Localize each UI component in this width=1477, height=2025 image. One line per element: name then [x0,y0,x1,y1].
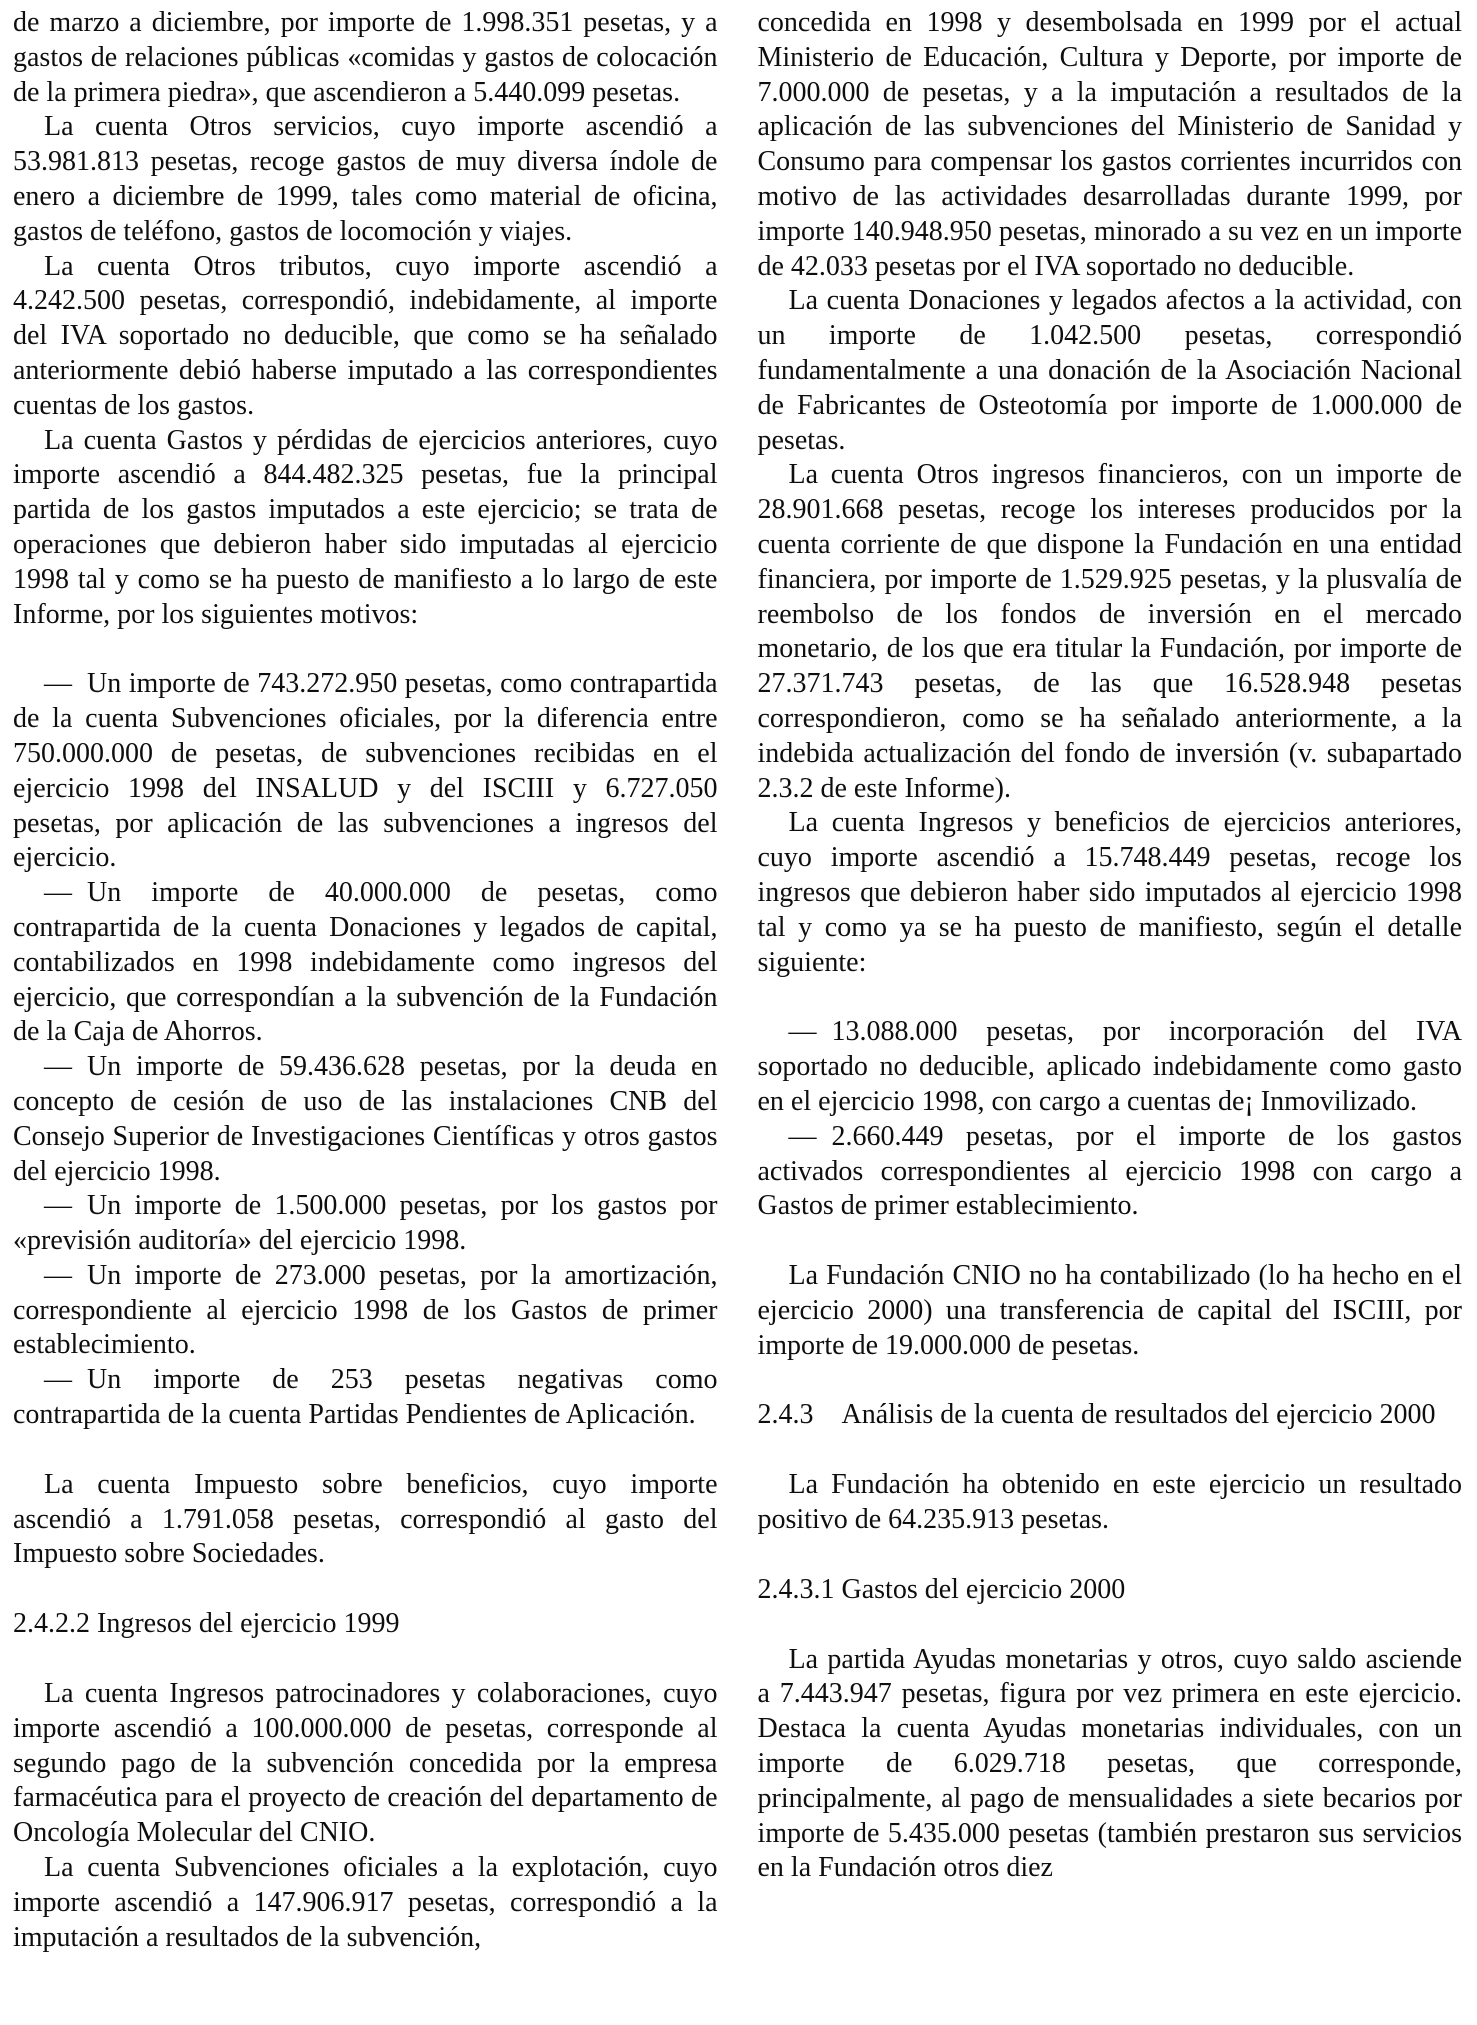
list-item-text: Un importe de 743.272.950 pesetas, como … [13,668,718,873]
right-column: concedida en 1998 y desembolsada en 1999… [758,6,1463,2025]
section-heading: 2.4.2.2 Ingresos del ejercicio 1999 [13,1607,718,1642]
list-item-text: 2.660.449 pesetas, por el importe de los… [758,1121,1463,1222]
list-item: —Un importe de 40.000.000 de pesetas, co… [13,876,718,1050]
dash-marker: — [789,1016,817,1047]
dash-marker: — [44,1190,72,1221]
document-page: de marzo a diciembre, por importe de 1.9… [0,0,1477,2025]
section-number: 2.4.3.1 [758,1573,842,1608]
dash-marker: — [44,1364,72,1395]
section-heading: 2.4.3 Análisis de la cuenta de resultado… [758,1398,1463,1433]
list-item: —Un importe de 59.436.628 pesetas, por l… [13,1050,718,1189]
dash-marker: — [44,1051,72,1082]
paragraph: La cuenta Subvenciones oficiales a la ex… [13,1851,718,1955]
paragraph: La cuenta Otros ingresos financieros, co… [758,458,1463,806]
paragraph: La Fundación CNIO no ha contabilizado (l… [758,1259,1463,1363]
list-item: —13.088.000 pesetas, por incorporación d… [758,1015,1463,1119]
list-item-text: Un importe de 40.000.000 de pesetas, com… [13,877,718,1047]
paragraph: concedida en 1998 y desembolsada en 1999… [758,6,1463,284]
list-item-text: Un importe de 59.436.628 pesetas, por la… [13,1051,718,1186]
dash-marker: — [44,1260,72,1291]
paragraph: de marzo a diciembre, por importe de 1.9… [13,6,718,110]
list-item-text: 13.088.000 pesetas, por incorporación de… [758,1016,1463,1117]
paragraph: La Fundación ha obtenido en este ejercic… [758,1468,1463,1538]
list-item-text: Un importe de 1.500.000 pesetas, por los… [13,1190,718,1256]
list-item-text: Un importe de 273.000 pesetas, por la am… [13,1260,718,1361]
dash-marker: — [789,1121,817,1152]
list-item: —Un importe de 743.272.950 pesetas, como… [13,667,718,876]
section-heading: 2.4.3.1 Gastos del ejercicio 2000 [758,1573,1463,1608]
list-item: —2.660.449 pesetas, por el importe de lo… [758,1120,1463,1224]
paragraph: La cuenta Ingresos patrocinadores y cola… [13,1677,718,1851]
list-item: —Un importe de 273.000 pesetas, por la a… [13,1259,718,1363]
paragraph: La partida Ayudas monetarias y otros, cu… [758,1643,1463,1887]
left-column: de marzo a diciembre, por importe de 1.9… [13,6,718,2025]
paragraph: La cuenta Donaciones y legados afectos a… [758,284,1463,458]
list-item: —Un importe de 253 pesetas negativas com… [13,1363,718,1433]
section-number: 2.4.3 [758,1398,842,1433]
list-item: —Un importe de 1.500.000 pesetas, por lo… [13,1189,718,1259]
paragraph: La cuenta Otros tributos, cuyo importe a… [13,250,718,424]
section-number: 2.4.2.2 [13,1607,97,1642]
section-title: Análisis de la cuenta de resultados del … [842,1398,1463,1433]
paragraph: La cuenta Ingresos y beneficios de ejerc… [758,806,1463,980]
paragraph: La cuenta Gastos y pérdidas de ejercicio… [13,424,718,633]
paragraph: La cuenta Impuesto sobre beneficios, cuy… [13,1468,718,1572]
list-item-text: Un importe de 253 pesetas negativas como… [13,1364,718,1430]
section-title: Gastos del ejercicio 2000 [842,1573,1463,1608]
section-title: Ingresos del ejercicio 1999 [97,1607,718,1642]
paragraph: La cuenta Otros servicios, cuyo importe … [13,110,718,249]
dash-marker: — [44,877,72,908]
dash-marker: — [44,668,72,699]
